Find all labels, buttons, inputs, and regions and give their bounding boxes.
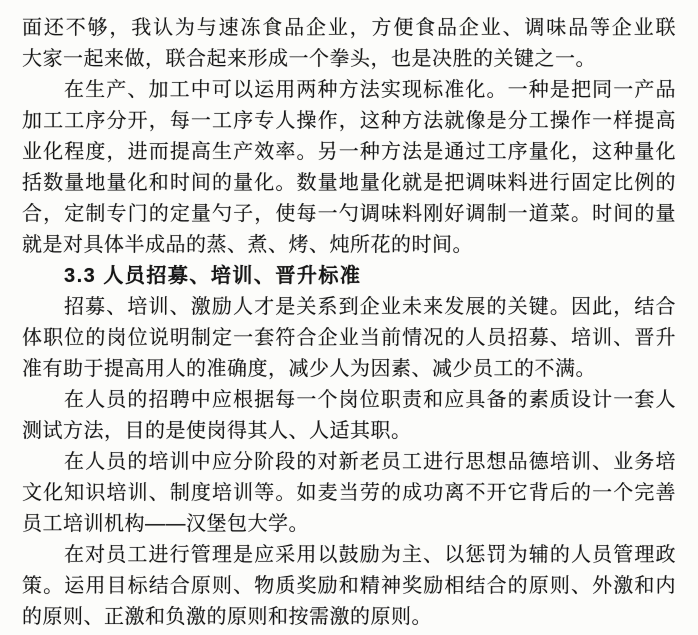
text-line: 策。运用目标结合原则、物质奖励和精神奖励相结合的原则、外激和内激 — [22, 571, 676, 602]
text-line: 在生产、加工中可以运用两种方法实现标准化。一种是把同一产品的 — [22, 75, 676, 106]
text-line: 测试方法，目的是使岗得其人、人适其职。 — [22, 416, 676, 447]
text-line: 文化知识培训、制度培训等。如麦当劳的成功离不开它背后的一个完善的 — [22, 478, 676, 509]
text-line: 加工工序分开，每一工序专人操作，这种方法就像是分工操作一样提高专 — [22, 106, 676, 137]
text-line: 的原则、正激和负激的原则和按需激的原则。 — [22, 602, 676, 633]
text-line: 在对员工进行管理是应采用以鼓励为主、以惩罚为辅的人员管理政 — [22, 540, 676, 571]
section-heading: 3.3 人员招募、培训、晋升标准 — [22, 261, 676, 292]
text-line: 在人员的招聘中应根据每一个岗位职责和应具备的素质设计一套人员 — [22, 385, 676, 416]
text-line: 准有助于提高用人的准确度，减少人为因素、减少员工的不满。 — [22, 354, 676, 385]
text-line: 就是对具体半成品的蒸、煮、烤、炖所花的时间。 — [22, 230, 676, 261]
text-line: 面还不够，我认为与速冻食品企业，方便食品企业、调味品等企业联姻， — [22, 13, 676, 44]
text-line: 合，定制专门的定量勺子，使每一勺调味料刚好调制一道菜。时间的量化 — [22, 199, 676, 230]
text-line: 体职位的岗位说明制定一套符合企业当前情况的人员招募、培训、晋升标 — [22, 323, 676, 354]
document-page: 面还不够，我认为与速冻食品企业，方便食品企业、调味品等企业联姻，大家一起来做，联… — [0, 0, 698, 635]
text-block: 面还不够，我认为与速冻食品企业，方便食品企业、调味品等企业联姻，大家一起来做，联… — [22, 13, 676, 633]
text-line: 大家一起来做，联合起来形成一个拳头，也是决胜的关键之一。 — [22, 44, 676, 75]
text-line: 员工培训机构——汉堡包大学。 — [22, 509, 676, 540]
text-line: 在人员的培训中应分阶段的对新老员工进行思想品德培训、业务培训 — [22, 447, 676, 478]
text-line: 业化程度，进而提高生产效率。另一种方法是通过工序量化，这种量化包 — [22, 137, 676, 168]
text-line: 括数量地量化和时间的量化。数量地量化就是把调味料进行固定比例的混 — [22, 168, 676, 199]
text-line: 招募、培训、激励人才是关系到企业未来发展的关键。因此，结合具 — [22, 292, 676, 323]
